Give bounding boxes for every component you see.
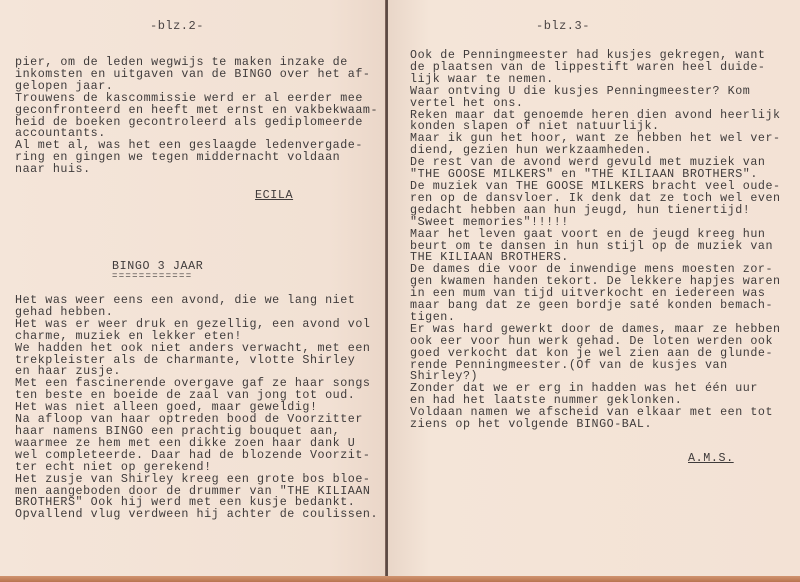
cover-edge [0,576,800,582]
article-title: BINGO 3 JAAR ============ [112,259,203,280]
right-page: -blz.3- Ook de Penningmeester had kusjes… [388,0,800,576]
article-title-underline: ============ [112,273,203,280]
booklet-spread: -blz.2- pier, om de leden wegwijs te mak… [0,0,800,576]
left-page: -blz.2- pier, om de leden wegwijs te mak… [0,0,386,576]
intro-paragraph: pier, om de leden wegwijs te maken inzak… [15,57,378,176]
article-body-continued: Ook de Penningmeester had kusjes gekrege… [410,50,781,431]
signature: A.M.S. [688,451,734,465]
page-number: -blz.2- [150,19,204,33]
page-number: -blz.3- [536,19,590,33]
article-body: Het was weer eens een avond, die we lang… [15,295,378,521]
signature-text: A.M.S. [688,451,734,465]
signature: ECILA [255,188,293,202]
